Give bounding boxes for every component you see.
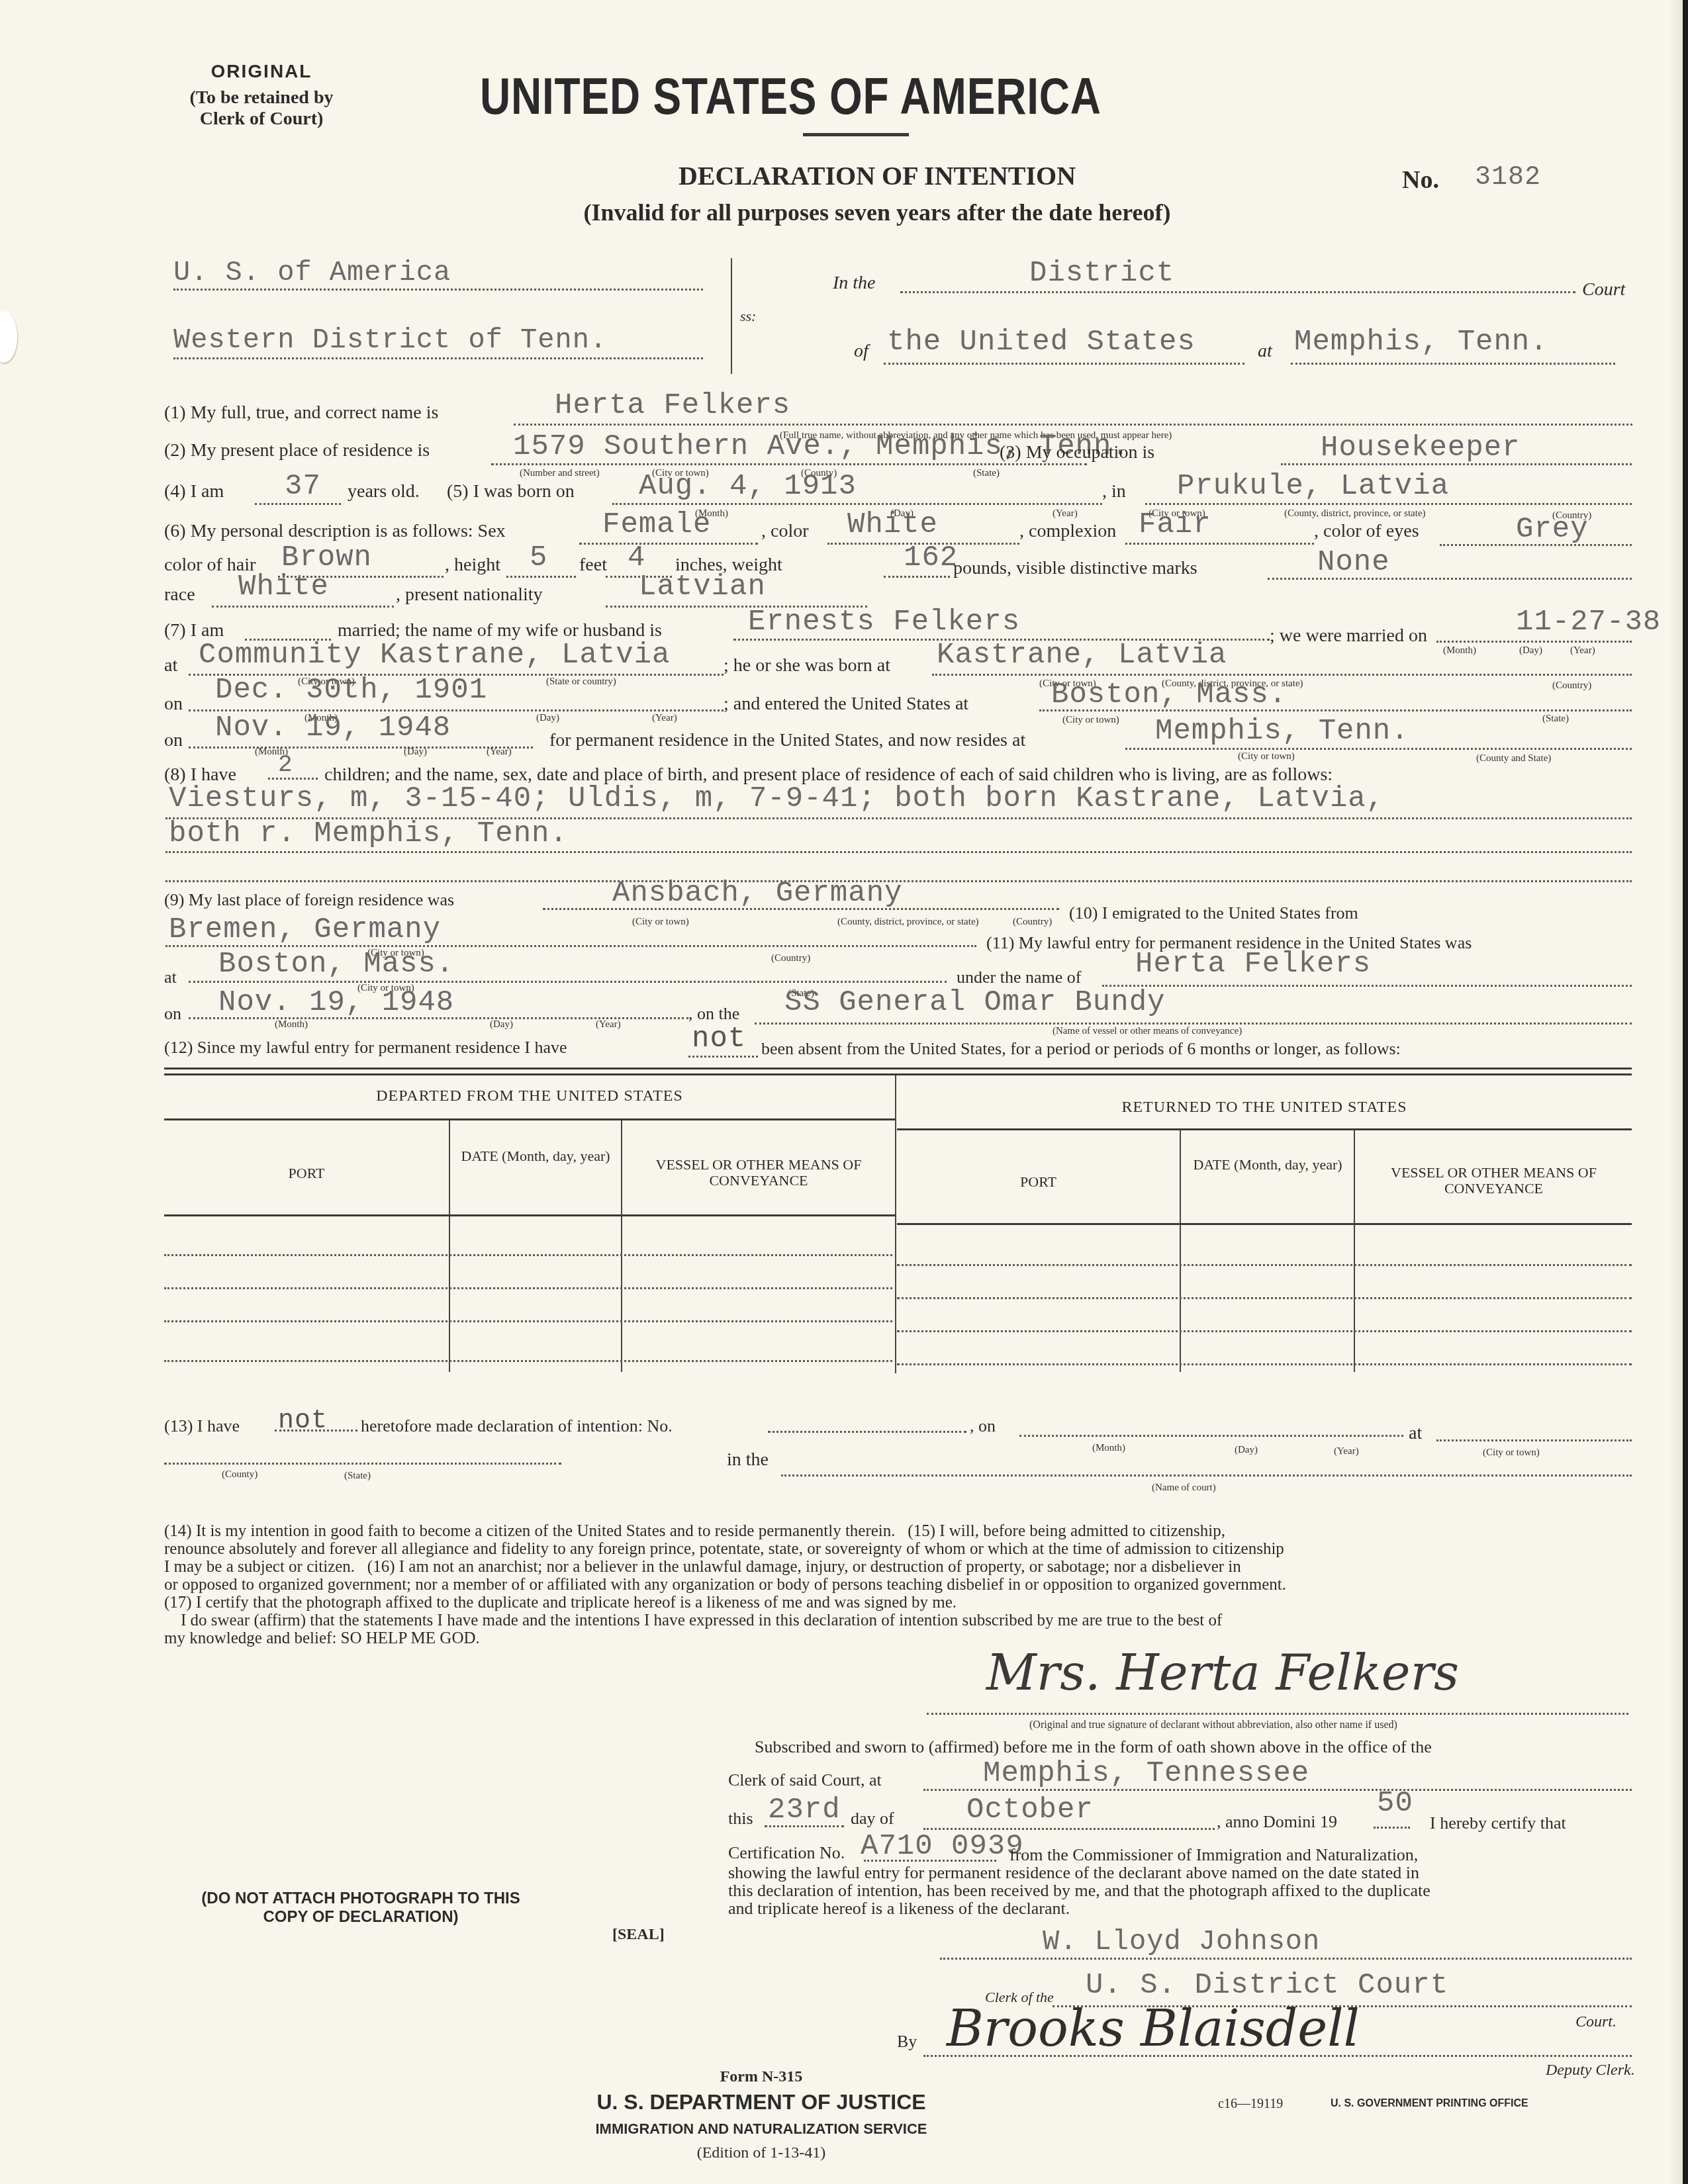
spouse-entry-line <box>1039 709 1632 711</box>
venue-brace <box>731 258 732 374</box>
clerk-name: W. Lloyd Johnson <box>1043 1926 1320 1958</box>
department: U. S. DEPARTMENT OF JUSTICE <box>563 2090 960 2115</box>
note-number-street: (Number and street) <box>520 468 600 479</box>
at-label: at <box>1258 341 1272 362</box>
scan-border <box>1683 0 1688 2184</box>
by-label: By <box>897 2032 917 2052</box>
court-city: Memphis, Tenn. <box>1294 326 1548 359</box>
occupation: Housekeeper <box>1321 432 1520 465</box>
cert-text-4: and triplicate hereof is a likeness of t… <box>728 1899 1070 1919</box>
height-inches: 4 <box>628 541 645 574</box>
table-row[interactable] <box>164 1320 892 1322</box>
declarant-signature: Mrs. Herta Felkers <box>986 1645 1459 1702</box>
table-row[interactable] <box>897 1363 1632 1365</box>
sworn-location: Memphis, Tennessee <box>983 1757 1309 1790</box>
complexion: Fair <box>1139 508 1211 541</box>
spouse-entry-date: Nov. 19, 1948 <box>215 711 451 745</box>
note-entry-year: (Year) <box>487 747 512 758</box>
certification-number: A710 0939 <box>861 1830 1024 1863</box>
oath-paragraph: (14) It is my intention in good faith to… <box>164 1522 1630 1647</box>
note-entry-date-day: (Day) <box>490 1019 513 1030</box>
full-name: Herta Felkers <box>555 389 790 422</box>
table-row[interactable] <box>897 1330 1632 1332</box>
spouse-port-of-entry: Boston, Mass. <box>1051 678 1287 711</box>
note-foreign-province: (County, district, province, or state) <box>837 917 979 928</box>
number-label: No. <box>1402 165 1439 195</box>
birth-date: Aug. 4, 1913 <box>639 470 857 503</box>
q13-value-line <box>275 1430 357 1432</box>
ret-col-vessel: VESSEL OR OTHER MEANS OF CONVEYANCE <box>1356 1165 1632 1197</box>
prior-declaration-number-line[interactable] <box>768 1431 966 1433</box>
note-marriage-day: (Day) <box>1519 645 1542 657</box>
of-label: of <box>854 341 868 362</box>
emigrated-from-line <box>165 945 976 947</box>
note-dob-year: (Year) <box>652 713 677 724</box>
q10-label: (10) I emigrated to the United States fr… <box>1069 903 1358 923</box>
scan-shadow <box>1671 0 1683 2184</box>
retained-note-line-1: (To be retained by <box>159 87 364 109</box>
oath-line: (17) I certify that the photograph affix… <box>164 1594 1630 1612</box>
retained-note: (To be retained by Clerk of Court) <box>159 87 364 130</box>
q13-note-state: (State) <box>344 1471 371 1482</box>
note-foreign-city: (City or town) <box>632 917 689 928</box>
entry-at-label: at <box>164 968 177 987</box>
dep-cols-rule <box>164 1214 895 1216</box>
emigrated-from: Bremen, Germany <box>169 913 441 946</box>
venue-country: U. S. of America <box>173 257 451 289</box>
cert-text-1: from the Commissioner of Immigration and… <box>1009 1845 1418 1865</box>
birth-date-line <box>612 503 1102 505</box>
seal-label: [SEAL] <box>612 1926 665 1944</box>
oath-line: (14) It is my intention in good faith to… <box>164 1522 1630 1540</box>
oath-line: I may be a subject or citizen. (16) I am… <box>164 1558 1630 1576</box>
note-year: (Year) <box>1053 508 1078 520</box>
gpo-label: U. S. GOVERNMENT PRINTING OFFICE <box>1331 2098 1528 2110</box>
feet-label: feet <box>579 555 607 576</box>
q13-value: not <box>278 1406 328 1436</box>
children-count: 2 <box>278 751 293 778</box>
spouse-entry-date-line <box>189 747 533 749</box>
note-birth-province: (County, district, province, or state) <box>1284 508 1426 520</box>
ret-col-divider-2 <box>1354 1130 1355 1372</box>
cert-text-3: this declaration of intention, has been … <box>728 1881 1430 1901</box>
q13-note-court: (Name of court) <box>1152 1482 1216 1494</box>
last-foreign-residence: Ansbach, Germany <box>612 877 902 910</box>
prior-declaration-date-line[interactable] <box>1019 1435 1403 1437</box>
children-line-1: Viesturs, m, 3-15-40; Uldis, m, 7-9-41; … <box>169 782 1384 815</box>
dep-col-vessel: VESSEL OR OTHER MEANS OF CONVEYANCE <box>622 1157 895 1189</box>
note-residence-city: (City or town) <box>1238 751 1295 762</box>
q12-line <box>688 1056 758 1058</box>
original-label: ORIGINAL <box>159 61 364 82</box>
marks-label: pounds, visible distinctive marks <box>953 558 1197 579</box>
note-entry-state: (State) <box>1542 713 1569 725</box>
q4-label: (4) I am <box>164 481 224 502</box>
race: White <box>238 570 329 604</box>
venue-district-line <box>173 357 703 359</box>
color-label: , color <box>761 521 809 542</box>
clerk-at-label: Clerk of said Court, at <box>728 1770 882 1790</box>
anno-domini-label: , anno Domini 19 <box>1217 1812 1337 1832</box>
edition: (Edition of 1-13-41) <box>596 2144 927 2162</box>
q12-label: (12) Since my lawful entry for permanent… <box>164 1038 567 1058</box>
spouse-name: Ernests Felkers <box>748 606 1020 639</box>
spouse-entered-label: ; and entered the United States at <box>724 694 968 715</box>
last-foreign-line <box>543 908 1059 910</box>
ret-col-port: PORT <box>897 1173 1180 1191</box>
jurat-line-1: Subscribed and sworn to (affirmed) befor… <box>755 1737 1432 1757</box>
declarant-signature-line <box>927 1713 1628 1715</box>
photo-note: (DO NOT ATTACH PHOTOGRAPH TO THIS COPY O… <box>159 1889 563 1927</box>
eye-color: Grey <box>1516 513 1589 546</box>
age: 37 <box>285 470 321 503</box>
spouse-entry-date-label: on <box>164 730 183 751</box>
q3-label: (3) My occupation is <box>1000 442 1154 463</box>
nationality-label: , present nationality <box>396 584 543 606</box>
q13-text: heretofore made declaration of intention… <box>361 1416 673 1436</box>
sex-line <box>579 543 758 545</box>
document-title: UNITED STATES OF AMERICA <box>480 66 1102 126</box>
sworn-month: October <box>966 1794 1094 1827</box>
race-label: race <box>164 584 195 606</box>
q13-on-label: , on <box>970 1416 996 1436</box>
q12-value: not <box>692 1023 746 1056</box>
prior-declaration-city-line[interactable] <box>1436 1439 1632 1441</box>
q13-in-the-label: in the <box>727 1449 769 1471</box>
photo-note-line-1: (DO NOT ATTACH PHOTOGRAPH TO THIS <box>159 1889 563 1908</box>
ret-col-date: DATE (Month, day, year) <box>1182 1157 1354 1173</box>
departed-title: DEPARTED FROM THE UNITED STATES <box>164 1087 895 1105</box>
q2-label: (2) My present place of residence is <box>164 440 430 461</box>
spouse-dob: Dec. 30th, 1901 <box>215 674 487 707</box>
table-row[interactable] <box>897 1297 1632 1299</box>
entry-port-line <box>189 981 947 983</box>
photo-note-line-2: COPY OF DECLARATION) <box>159 1908 563 1927</box>
cert-label: Certification No. <box>728 1843 845 1863</box>
marks-line <box>1268 578 1632 580</box>
dep-col-port: PORT <box>164 1165 449 1182</box>
certification-number-line <box>864 1860 996 1862</box>
sworn-year-line <box>1374 1827 1410 1829</box>
q13-at-label: at <box>1409 1423 1422 1444</box>
entry-date: Nov. 19, 1948 <box>218 986 454 1019</box>
q6-label: (6) My personal description is as follow… <box>164 521 506 542</box>
q13-note-month: (Month) <box>1092 1443 1125 1454</box>
eyes-label: , color of eyes <box>1314 521 1419 542</box>
returned-header-rule <box>897 1128 1632 1130</box>
venue-country-line <box>173 289 703 291</box>
birth-place-line <box>1145 503 1632 505</box>
spouse-residence: Memphis, Tenn. <box>1155 715 1409 748</box>
sworn-day: 23rd <box>768 1794 841 1827</box>
form-number: Form N-315 <box>596 2068 927 2086</box>
sworn-year: 50 <box>1377 1787 1413 1820</box>
occupation-line <box>1281 463 1632 465</box>
children-line-2: both r. Memphis, Tenn. <box>169 817 568 850</box>
age-line <box>255 503 341 505</box>
certify-label: I hereby certify that <box>1430 1813 1566 1833</box>
court-suffix: Court. <box>1575 2013 1617 2031</box>
entry-port: Boston, Mass. <box>218 948 454 981</box>
prior-declaration-court-line[interactable] <box>781 1475 1632 1477</box>
note-marriage-year: (Year) <box>1570 645 1595 657</box>
table-row[interactable] <box>164 1360 892 1362</box>
eye-color-line <box>1440 544 1632 546</box>
in-the-label: In the <box>833 273 876 294</box>
deputy-signature: Brooks Blaisdell <box>947 1999 1360 2058</box>
deputy-signature-line <box>923 2055 1632 2057</box>
deputy-clerk-label: Deputy Clerk. <box>1546 2062 1635 2079</box>
note-entry-day: (Day) <box>404 747 427 758</box>
oath-line: renounce absolutely and forever all alle… <box>164 1540 1630 1558</box>
entry-name-label: under the name of <box>957 968 1081 987</box>
note-foreign-country: (Country) <box>1013 917 1052 928</box>
residence-line <box>491 463 1087 465</box>
ret-col-divider-1 <box>1180 1130 1181 1372</box>
spouse-born-label: ; he or she was born at <box>724 655 890 676</box>
born-in-label: , in <box>1102 481 1126 502</box>
nationality: Latvian <box>639 570 766 604</box>
entry-name: Herta Felkers <box>1135 948 1371 981</box>
children-count-line <box>268 778 318 780</box>
table-top-rule-2 <box>164 1073 1632 1075</box>
entry-name-line <box>1102 985 1632 987</box>
children-line-2-rule <box>165 851 1632 853</box>
spouse-residence-line <box>1125 748 1632 750</box>
note-marriage-month: (Month) <box>1443 645 1476 657</box>
full-name-line <box>514 424 1632 426</box>
prior-declaration-county-state-line[interactable] <box>164 1463 561 1465</box>
married-at-label: at <box>164 655 177 676</box>
dep-col-date: DATE (Month, day, year) <box>450 1148 621 1164</box>
court-label: Court <box>1582 279 1625 300</box>
marriage-place: Community Kastrane, Latvia <box>199 639 671 672</box>
height-feet: 5 <box>530 541 547 574</box>
declaration-number: 3182 <box>1475 163 1541 193</box>
clerk-name-line <box>940 1958 1632 1960</box>
vessel-name: SS General Omar Bundy <box>784 986 1166 1019</box>
court-type: District <box>1029 257 1174 290</box>
weight-line <box>884 576 950 578</box>
form-subtitle: DECLARATION OF INTENTION <box>546 160 1208 191</box>
ret-cols-rule <box>897 1223 1632 1225</box>
returned-title: RETURNED TO THE UNITED STATES <box>897 1099 1632 1116</box>
print-code: c16—19119 <box>1218 2097 1283 2112</box>
title-rule <box>803 133 909 136</box>
age-suffix: years old. <box>348 481 420 502</box>
note-entry-city: (City or town) <box>1062 715 1119 726</box>
vessel-line <box>755 1023 1632 1024</box>
day-of-label: day of <box>851 1809 894 1829</box>
declarant-signature-note: (Original and true signature of declaran… <box>1029 1719 1397 1731</box>
q12-text: been absent from the United States, for … <box>761 1039 1401 1059</box>
q9-label: (9) My last place of foreign residence w… <box>164 890 454 910</box>
court-type-line <box>900 291 1575 293</box>
distinctive-marks: None <box>1317 546 1390 579</box>
this-label: this <box>728 1809 753 1829</box>
table-center-divider <box>895 1075 896 1373</box>
note-vessel: (Name of vessel or other means of convey… <box>1053 1026 1242 1037</box>
punch-hole <box>0 311 17 363</box>
birth-place: Prukule, Latvia <box>1177 470 1449 503</box>
service: IMMIGRATION AND NATURALIZATION SERVICE <box>549 2120 973 2138</box>
venue-district: Western District of Tenn. <box>173 324 607 356</box>
sex: Female <box>602 508 711 541</box>
marriage-date-line <box>1436 641 1632 643</box>
complexion-line <box>1125 543 1314 545</box>
q13-label: (13) I have <box>164 1416 240 1436</box>
table-row[interactable] <box>164 1254 892 1256</box>
spouse-dob-label: on <box>164 694 183 715</box>
note-spouse-country: (Country) <box>1552 680 1591 692</box>
q1-label: (1) My full, true, and correct name is <box>164 402 438 424</box>
hair-color: Brown <box>281 541 372 574</box>
table-row[interactable] <box>897 1264 1632 1266</box>
ss-label: ss: <box>740 308 756 325</box>
departed-header-rule <box>164 1118 895 1120</box>
sworn-day-line <box>765 1825 844 1827</box>
height-feet-line <box>506 576 576 578</box>
note-dob-day: (Day) <box>536 713 559 724</box>
complexion-label: , complexion <box>1019 521 1116 542</box>
spouse-birthplace-line <box>932 674 1632 676</box>
q13-note-year: (Year) <box>1334 1446 1359 1457</box>
oath-line: I do swear (affirm) that the statements … <box>164 1612 1630 1629</box>
court-jurisdiction: the United States <box>887 326 1196 359</box>
married-on-label: ; we were married on <box>1270 625 1427 647</box>
sworn-location-line <box>923 1789 1632 1791</box>
cert-text-2: showing the lawful entry for permanent r… <box>728 1863 1419 1883</box>
spouse-birthplace: Kastrane, Latvia <box>937 639 1227 672</box>
note-entry-date-year: (Year) <box>596 1019 621 1030</box>
clerk-court: U. S. District Court <box>1086 1969 1448 2002</box>
q13-note-day: (Day) <box>1235 1445 1258 1456</box>
color: White <box>847 508 938 541</box>
q5-label: (5) I was born on <box>447 481 575 502</box>
height-label: , height <box>445 555 500 576</box>
q13-note-county: (County) <box>222 1469 258 1480</box>
q13-note-city: (City or town) <box>1483 1447 1540 1459</box>
weight: 162 <box>904 541 958 574</box>
note-emigrated-country: (Country) <box>771 953 810 964</box>
entry-on-label: on <box>164 1004 181 1024</box>
table-row[interactable] <box>164 1287 892 1289</box>
vessel-label: , on the <box>688 1004 739 1024</box>
note-state: (State) <box>973 468 1000 479</box>
retained-note-line-2: Clerk of Court) <box>159 109 364 130</box>
court-city-line <box>1291 363 1615 365</box>
table-top-rule-1 <box>164 1068 1632 1069</box>
note-marriage-country: (State or country) <box>546 676 616 688</box>
marriage-date: 11-27-38 <box>1516 606 1661 639</box>
jurisdiction-line <box>884 363 1244 365</box>
note-residence-state: (County and State) <box>1476 753 1551 764</box>
note-entry-date-month: (Month) <box>275 1019 308 1030</box>
spouse-resides-label: for permanent residence in the United St… <box>549 730 1025 751</box>
oath-line: or opposed to organized government; nor … <box>164 1576 1630 1594</box>
race-line <box>212 606 394 608</box>
invalid-note: (Invalid for all purposes seven years af… <box>463 199 1291 226</box>
